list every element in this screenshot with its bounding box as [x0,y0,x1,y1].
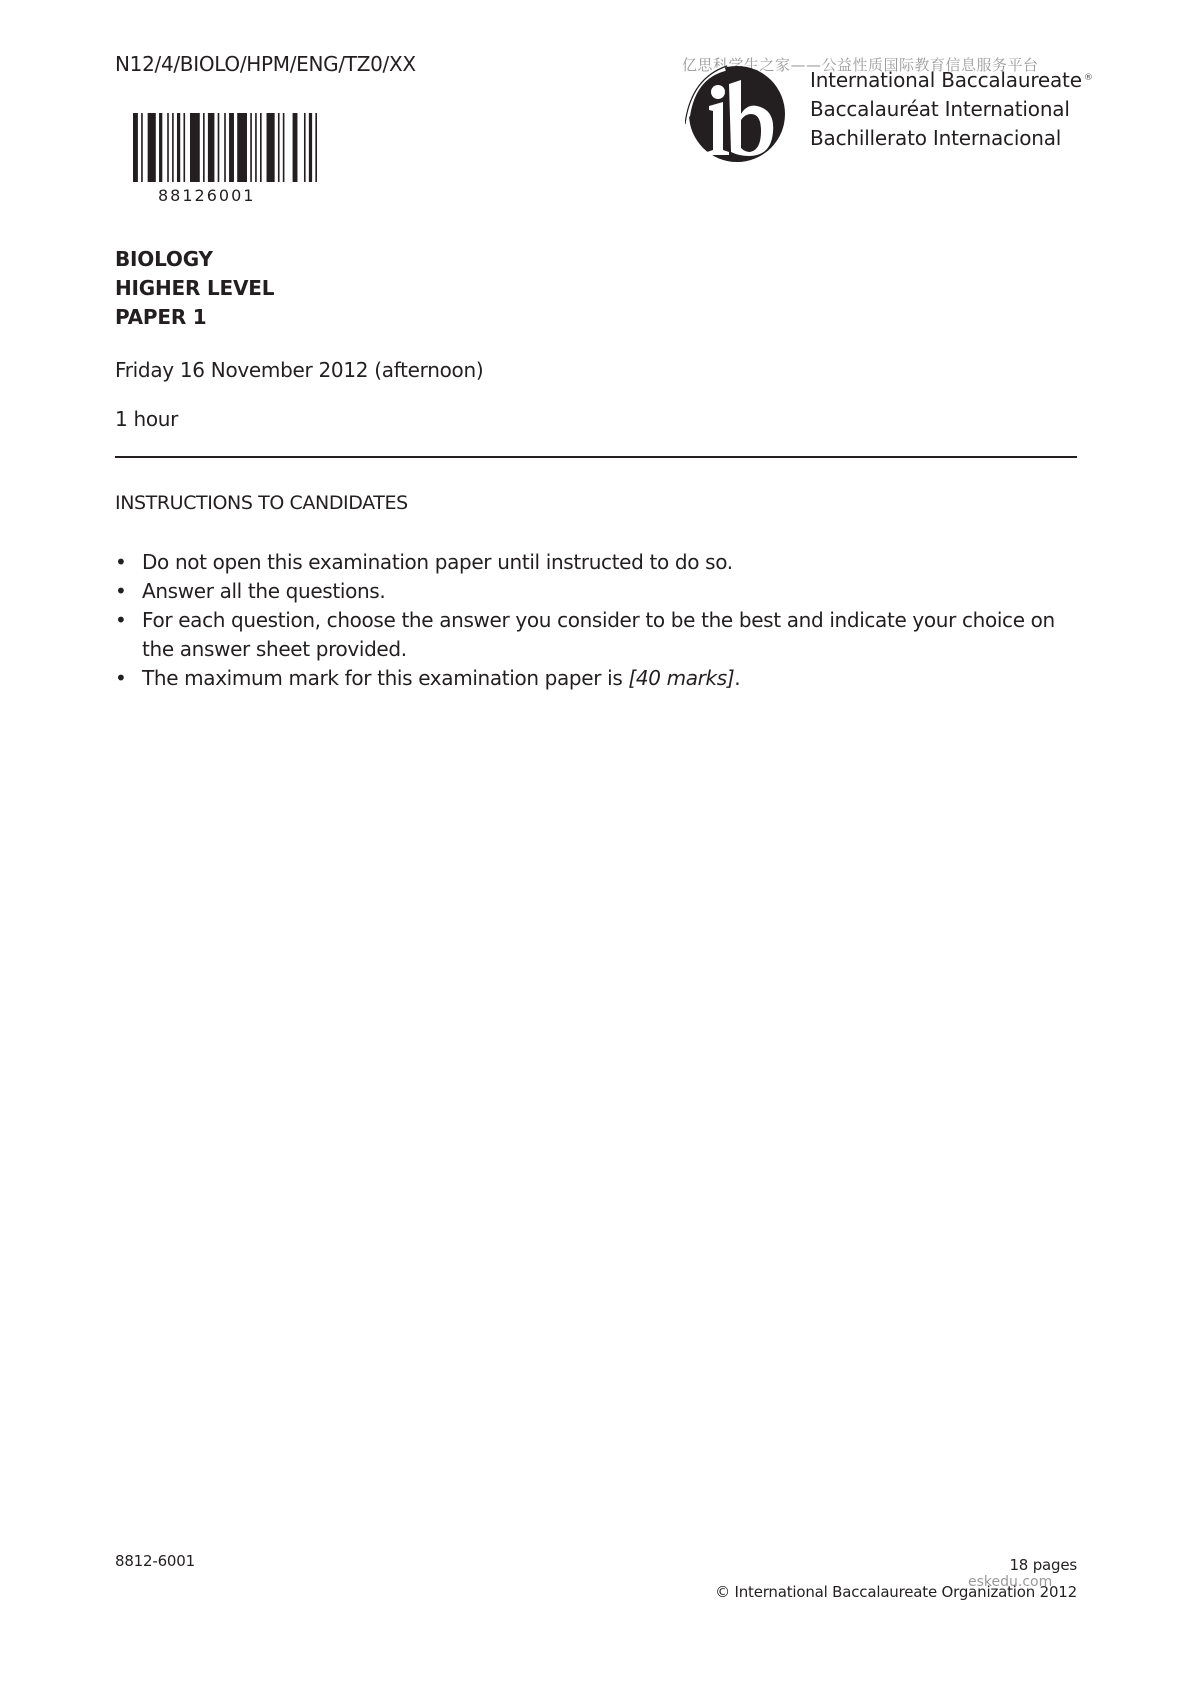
level-title: HIGHER LEVEL [115,274,274,303]
footer-watermark: eskedu.com [968,1574,1052,1590]
list-item: •For each question, choose the answer yo… [115,606,1077,664]
instructions-list: •Do not open this examination paper unti… [115,548,1077,693]
bullet-icon: • [115,664,126,693]
list-item: •Answer all the questions. [115,577,1077,606]
max-marks: [40 marks] [628,666,734,690]
exam-date: Friday 16 November 2012 (afternoon) [115,358,483,382]
logo-line-english: International Baccalaureate [810,68,1082,92]
subject-title: BIOLOGY [115,245,274,274]
bullet-icon: • [115,548,126,577]
paper-code: 8812-6001 [115,1552,195,1570]
exam-duration: 1 hour [115,407,178,431]
list-item: •Do not open this examination paper unti… [115,548,1077,577]
bullet-icon: • [115,577,126,606]
reference-code: N12/4/BIOLO/HPM/ENG/TZ0/XX [115,52,416,76]
exam-title: BIOLOGY HIGHER LEVEL PAPER 1 [115,245,274,332]
registered-mark: ® [1084,73,1093,83]
list-item: •The maximum mark for this examination p… [115,664,1077,693]
barcode-icon [133,113,317,182]
logo-line-spanish: Bachillerato Internacional [810,124,1093,153]
ib-logo-icon [685,64,785,164]
divider [115,456,1077,458]
logo-line-french: Baccalauréat International [810,95,1093,124]
paper-title: PAPER 1 [115,303,274,332]
ib-logo-text: International Baccalaureate® Baccalauréa… [810,66,1093,153]
bullet-icon: • [115,606,126,635]
barcode-number: 88126001 [158,186,255,205]
instructions-heading: INSTRUCTIONS TO CANDIDATES [115,492,408,514]
